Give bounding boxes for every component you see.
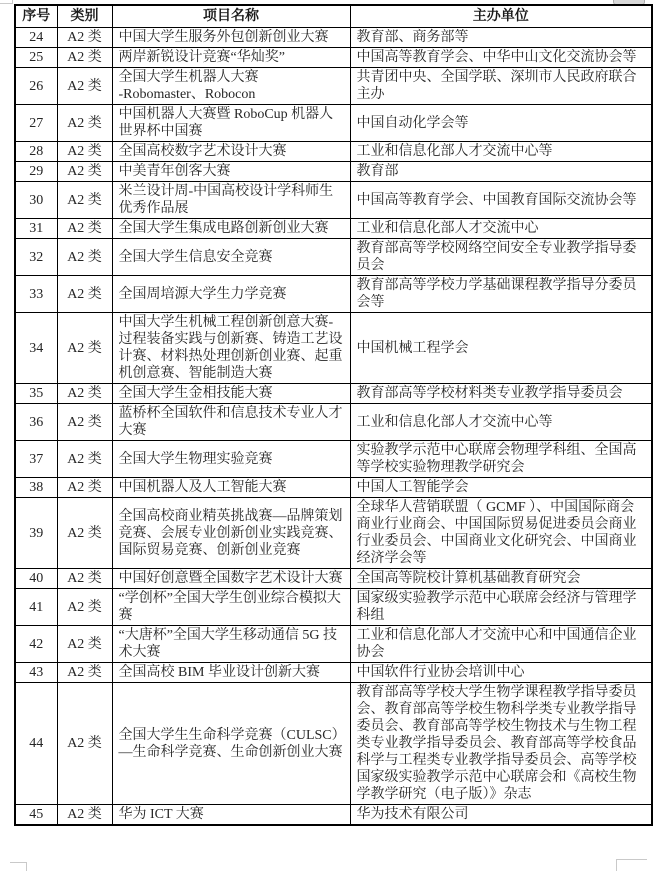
cell-no[interactable]: 25 bbox=[15, 48, 57, 68]
table-row: 27 A2 类 中国机器人大赛暨 RoboCup 机器人世界杯中国赛 中国自动化… bbox=[15, 105, 652, 142]
cell-organizer[interactable]: 工业和信息化部人才交流中心和中国通信企业协会 bbox=[350, 626, 652, 663]
cell-organizer[interactable]: 教育部、商务部等 bbox=[350, 28, 652, 48]
header-project-name: 项目名称 bbox=[112, 5, 350, 28]
cell-category[interactable]: A2 类 bbox=[57, 569, 112, 589]
cell-category[interactable]: A2 类 bbox=[57, 441, 112, 478]
cell-project-name[interactable]: 中国机器人及人工智能大赛 bbox=[112, 478, 350, 498]
table-row: 44 A2 类 全国大学生生命科学竞赛（CULSC）—生命科学竞赛、生命创新创业… bbox=[15, 683, 652, 805]
table-row: 41 A2 类 “学创杯”全国大学生创业综合模拟大赛 国家级实验教学示范中心联席… bbox=[15, 589, 652, 626]
cell-no[interactable]: 26 bbox=[15, 68, 57, 105]
cell-organizer[interactable]: 中国自动化学会等 bbox=[350, 105, 652, 142]
cell-no[interactable]: 37 bbox=[15, 441, 57, 478]
cell-no[interactable]: 45 bbox=[15, 805, 57, 826]
table-row: 42 A2 类 “大唐杯”全国大学生移动通信 5G 技术大赛 工业和信息化部人才… bbox=[15, 626, 652, 663]
cell-project-name[interactable]: 中国好创意暨全国数字艺术设计大赛 bbox=[112, 569, 350, 589]
cell-project-name[interactable]: 两岸新锐设计竞赛“华灿奖” bbox=[112, 48, 350, 68]
cell-organizer[interactable]: 工业和信息化部人才交流中心 bbox=[350, 219, 652, 239]
table-row: 43 A2 类 全国高校 BIM 毕业设计创新大赛 中国软件行业协会培训中心 bbox=[15, 663, 652, 683]
cell-category[interactable]: A2 类 bbox=[57, 498, 112, 569]
table-row: 38 A2 类 中国机器人及人工智能大赛 中国人工智能学会 bbox=[15, 478, 652, 498]
table-row: 26 A2 类 全国大学生机器人大赛 -Robomaster、Robocon 共… bbox=[15, 68, 652, 105]
table-row: 34 A2 类 中国大学生机械工程创新创意大赛-过程装备实践与创新赛、铸造工艺设… bbox=[15, 313, 652, 384]
table-row: 39 A2 类 全国高校商业精英挑战赛—品牌策划竞赛、会展专业创新创业实践竞赛、… bbox=[15, 498, 652, 569]
cell-category[interactable]: A2 类 bbox=[57, 68, 112, 105]
header-no: 序号 bbox=[15, 5, 57, 28]
cell-project-name[interactable]: 全国大学生集成电路创新创业大赛 bbox=[112, 219, 350, 239]
cell-category[interactable]: A2 类 bbox=[57, 48, 112, 68]
cell-organizer[interactable]: 教育部高等学校材料类专业教学指导委员会 bbox=[350, 384, 652, 404]
table-row: 45 A2 类 华为 ICT 大赛 华为技术有限公司 bbox=[15, 805, 652, 826]
cell-category[interactable]: A2 类 bbox=[57, 276, 112, 313]
table-row: 40 A2 类 中国好创意暨全国数字艺术设计大赛 全国高等院校计算机基础教育研究… bbox=[15, 569, 652, 589]
cell-organizer[interactable]: 中国高等教育学会、中国教育国际交流协会等 bbox=[350, 182, 652, 219]
cell-project-name[interactable]: 米兰设计周-中国高校设计学科师生优秀作品展 bbox=[112, 182, 350, 219]
cell-no[interactable]: 34 bbox=[15, 313, 57, 384]
cell-no[interactable]: 42 bbox=[15, 626, 57, 663]
cell-no[interactable]: 33 bbox=[15, 276, 57, 313]
cell-organizer[interactable]: 共青团中央、全国学联、深圳市人民政府联合主办 bbox=[350, 68, 652, 105]
cell-category[interactable]: A2 类 bbox=[57, 589, 112, 626]
cell-no[interactable]: 24 bbox=[15, 28, 57, 48]
cell-no[interactable]: 38 bbox=[15, 478, 57, 498]
cell-project-name[interactable]: 中国大学生机械工程创新创意大赛-过程装备实践与创新赛、铸造工艺设计赛、材料热处理… bbox=[112, 313, 350, 384]
cell-category[interactable]: A2 类 bbox=[57, 478, 112, 498]
table-row: 28 A2 类 全国高校数字艺术设计大赛 工业和信息化部人才交流中心等 bbox=[15, 142, 652, 162]
page-boundary-mark-bottom-right bbox=[616, 859, 647, 871]
cell-no[interactable]: 35 bbox=[15, 384, 57, 404]
cell-organizer[interactable]: 华为技术有限公司 bbox=[350, 805, 652, 826]
cell-project-name[interactable]: 中国机器人大赛暨 RoboCup 机器人世界杯中国赛 bbox=[112, 105, 350, 142]
table-row: 31 A2 类 全国大学生集成电路创新创业大赛 工业和信息化部人才交流中心 bbox=[15, 219, 652, 239]
cell-project-name[interactable]: 全国高校 BIM 毕业设计创新大赛 bbox=[112, 663, 350, 683]
cell-no[interactable]: 32 bbox=[15, 239, 57, 276]
cell-no[interactable]: 36 bbox=[15, 404, 57, 441]
cell-no[interactable]: 27 bbox=[15, 105, 57, 142]
document-page: 序号 类别 项目名称 主办单位 24 A2 类 中国大学生服务外包创新创业大赛 … bbox=[0, 0, 666, 871]
cell-project-name[interactable]: 中美青年创客大赛 bbox=[112, 162, 350, 182]
header-category: 类别 bbox=[57, 5, 112, 28]
table-row: 30 A2 类 米兰设计周-中国高校设计学科师生优秀作品展 中国高等教育学会、中… bbox=[15, 182, 652, 219]
table-row: 33 A2 类 全国周培源大学生力学竞赛 教育部高等学校力学基础课程教学指导分委… bbox=[15, 276, 652, 313]
cell-project-name[interactable]: 华为 ICT 大赛 bbox=[112, 805, 350, 826]
cell-category[interactable]: A2 类 bbox=[57, 142, 112, 162]
cell-no[interactable]: 44 bbox=[15, 683, 57, 805]
cell-no[interactable]: 30 bbox=[15, 182, 57, 219]
cell-category[interactable]: A2 类 bbox=[57, 626, 112, 663]
cell-category[interactable]: A2 类 bbox=[57, 805, 112, 826]
cell-project-name[interactable]: 全国高校商业精英挑战赛—品牌策划竞赛、会展专业创新创业实践竞赛、国际贸易竞赛、创… bbox=[112, 498, 350, 569]
table-row: 37 A2 类 全国大学生物理实验竞赛 实验教学示范中心联席会物理学科组、全国高… bbox=[15, 441, 652, 478]
cell-organizer[interactable]: 全球华人营销联盟（ GCMF ）、中国国际商会商业行业商会、中国国际贸易促进委员… bbox=[350, 498, 652, 569]
cell-category[interactable]: A2 类 bbox=[57, 663, 112, 683]
cell-project-name[interactable]: 全国大学生机器人大赛 -Robomaster、Robocon bbox=[112, 68, 350, 105]
cell-category[interactable]: A2 类 bbox=[57, 182, 112, 219]
cell-organizer[interactable]: 中国软件行业协会培训中心 bbox=[350, 663, 652, 683]
cell-organizer[interactable]: 国家级实验教学示范中心联席会经济与管理学科组 bbox=[350, 589, 652, 626]
cell-no[interactable]: 31 bbox=[15, 219, 57, 239]
cell-no[interactable]: 40 bbox=[15, 569, 57, 589]
cell-no[interactable]: 29 bbox=[15, 162, 57, 182]
cell-no[interactable]: 28 bbox=[15, 142, 57, 162]
cell-organizer[interactable]: 教育部高等学校网络空间安全专业教学指导委员会 bbox=[350, 239, 652, 276]
cell-no[interactable]: 41 bbox=[15, 589, 57, 626]
cell-organizer[interactable]: 教育部高等学校力学基础课程教学指导分委员会等 bbox=[350, 276, 652, 313]
table-header-row: 序号 类别 项目名称 主办单位 bbox=[15, 5, 652, 28]
cell-project-name[interactable]: 中国大学生服务外包创新创业大赛 bbox=[112, 28, 350, 48]
cell-project-name[interactable]: 全国大学生生命科学竞赛（CULSC）—生命科学竞赛、生命创新创业大赛 bbox=[112, 683, 350, 805]
cell-project-name[interactable]: 全国周培源大学生力学竞赛 bbox=[112, 276, 350, 313]
table-row: 32 A2 类 全国大学生信息安全竞赛 教育部高等学校网络空间安全专业教学指导委… bbox=[15, 239, 652, 276]
cell-category[interactable]: A2 类 bbox=[57, 105, 112, 142]
page-boundary-mark-bottom-left bbox=[10, 862, 27, 871]
cell-project-name[interactable]: 蓝桥杯全国软件和信息技术专业人才大赛 bbox=[112, 404, 350, 441]
cell-organizer[interactable]: 工业和信息化部人才交流中心等 bbox=[350, 142, 652, 162]
cell-project-name[interactable]: “大唐杯”全国大学生移动通信 5G 技术大赛 bbox=[112, 626, 350, 663]
cell-organizer[interactable]: 中国机械工程学会 bbox=[350, 313, 652, 384]
table-row: 36 A2 类 蓝桥杯全国软件和信息技术专业人才大赛 工业和信息化部人才交流中心… bbox=[15, 404, 652, 441]
cell-project-name[interactable]: 全国大学生信息安全竞赛 bbox=[112, 239, 350, 276]
cell-no[interactable]: 43 bbox=[15, 663, 57, 683]
cell-category[interactable]: A2 类 bbox=[57, 313, 112, 384]
cell-organizer[interactable]: 教育部高等学校大学生物学课程教学指导委员会、教育部高等学校生物科学类专业教学指导… bbox=[350, 683, 652, 805]
cell-organizer[interactable]: 实验教学示范中心联席会物理学科组、全国高等学校实验物理教学研究会 bbox=[350, 441, 652, 478]
cell-category[interactable]: A2 类 bbox=[57, 683, 112, 805]
table-row: 35 A2 类 全国大学生金相技能大赛 教育部高等学校材料类专业教学指导委员会 bbox=[15, 384, 652, 404]
cell-no[interactable]: 39 bbox=[15, 498, 57, 569]
cell-project-name[interactable]: 全国大学生物理实验竞赛 bbox=[112, 441, 350, 478]
cell-category[interactable]: A2 类 bbox=[57, 404, 112, 441]
cell-category[interactable]: A2 类 bbox=[57, 384, 112, 404]
cell-organizer[interactable]: 中国人工智能学会 bbox=[350, 478, 652, 498]
page-boundary-mark-top-left bbox=[0, 0, 13, 4]
cell-project-name[interactable]: 全国高校数字艺术设计大赛 bbox=[112, 142, 350, 162]
table-row: 25 A2 类 两岸新锐设计竞赛“华灿奖” 中国高等教育学会、中华中山文化交流协… bbox=[15, 48, 652, 68]
cell-project-name[interactable]: 全国大学生金相技能大赛 bbox=[112, 384, 350, 404]
cell-category[interactable]: A2 类 bbox=[57, 162, 112, 182]
cell-organizer[interactable]: 全国高等院校计算机基础教育研究会 bbox=[350, 569, 652, 589]
cell-organizer[interactable]: 工业和信息化部人才交流中心等 bbox=[350, 404, 652, 441]
cell-category[interactable]: A2 类 bbox=[57, 219, 112, 239]
cell-project-name[interactable]: “学创杯”全国大学生创业综合模拟大赛 bbox=[112, 589, 350, 626]
header-organizer: 主办单位 bbox=[350, 5, 652, 28]
table-row: 24 A2 类 中国大学生服务外包创新创业大赛 教育部、商务部等 bbox=[15, 28, 652, 48]
cell-organizer[interactable]: 中国高等教育学会、中华中山文化交流协会等 bbox=[350, 48, 652, 68]
cell-category[interactable]: A2 类 bbox=[57, 239, 112, 276]
competition-table: 序号 类别 项目名称 主办单位 24 A2 类 中国大学生服务外包创新创业大赛 … bbox=[14, 4, 653, 826]
table-row: 29 A2 类 中美青年创客大赛 教育部 bbox=[15, 162, 652, 182]
cell-category[interactable]: A2 类 bbox=[57, 28, 112, 48]
cell-organizer[interactable]: 教育部 bbox=[350, 162, 652, 182]
